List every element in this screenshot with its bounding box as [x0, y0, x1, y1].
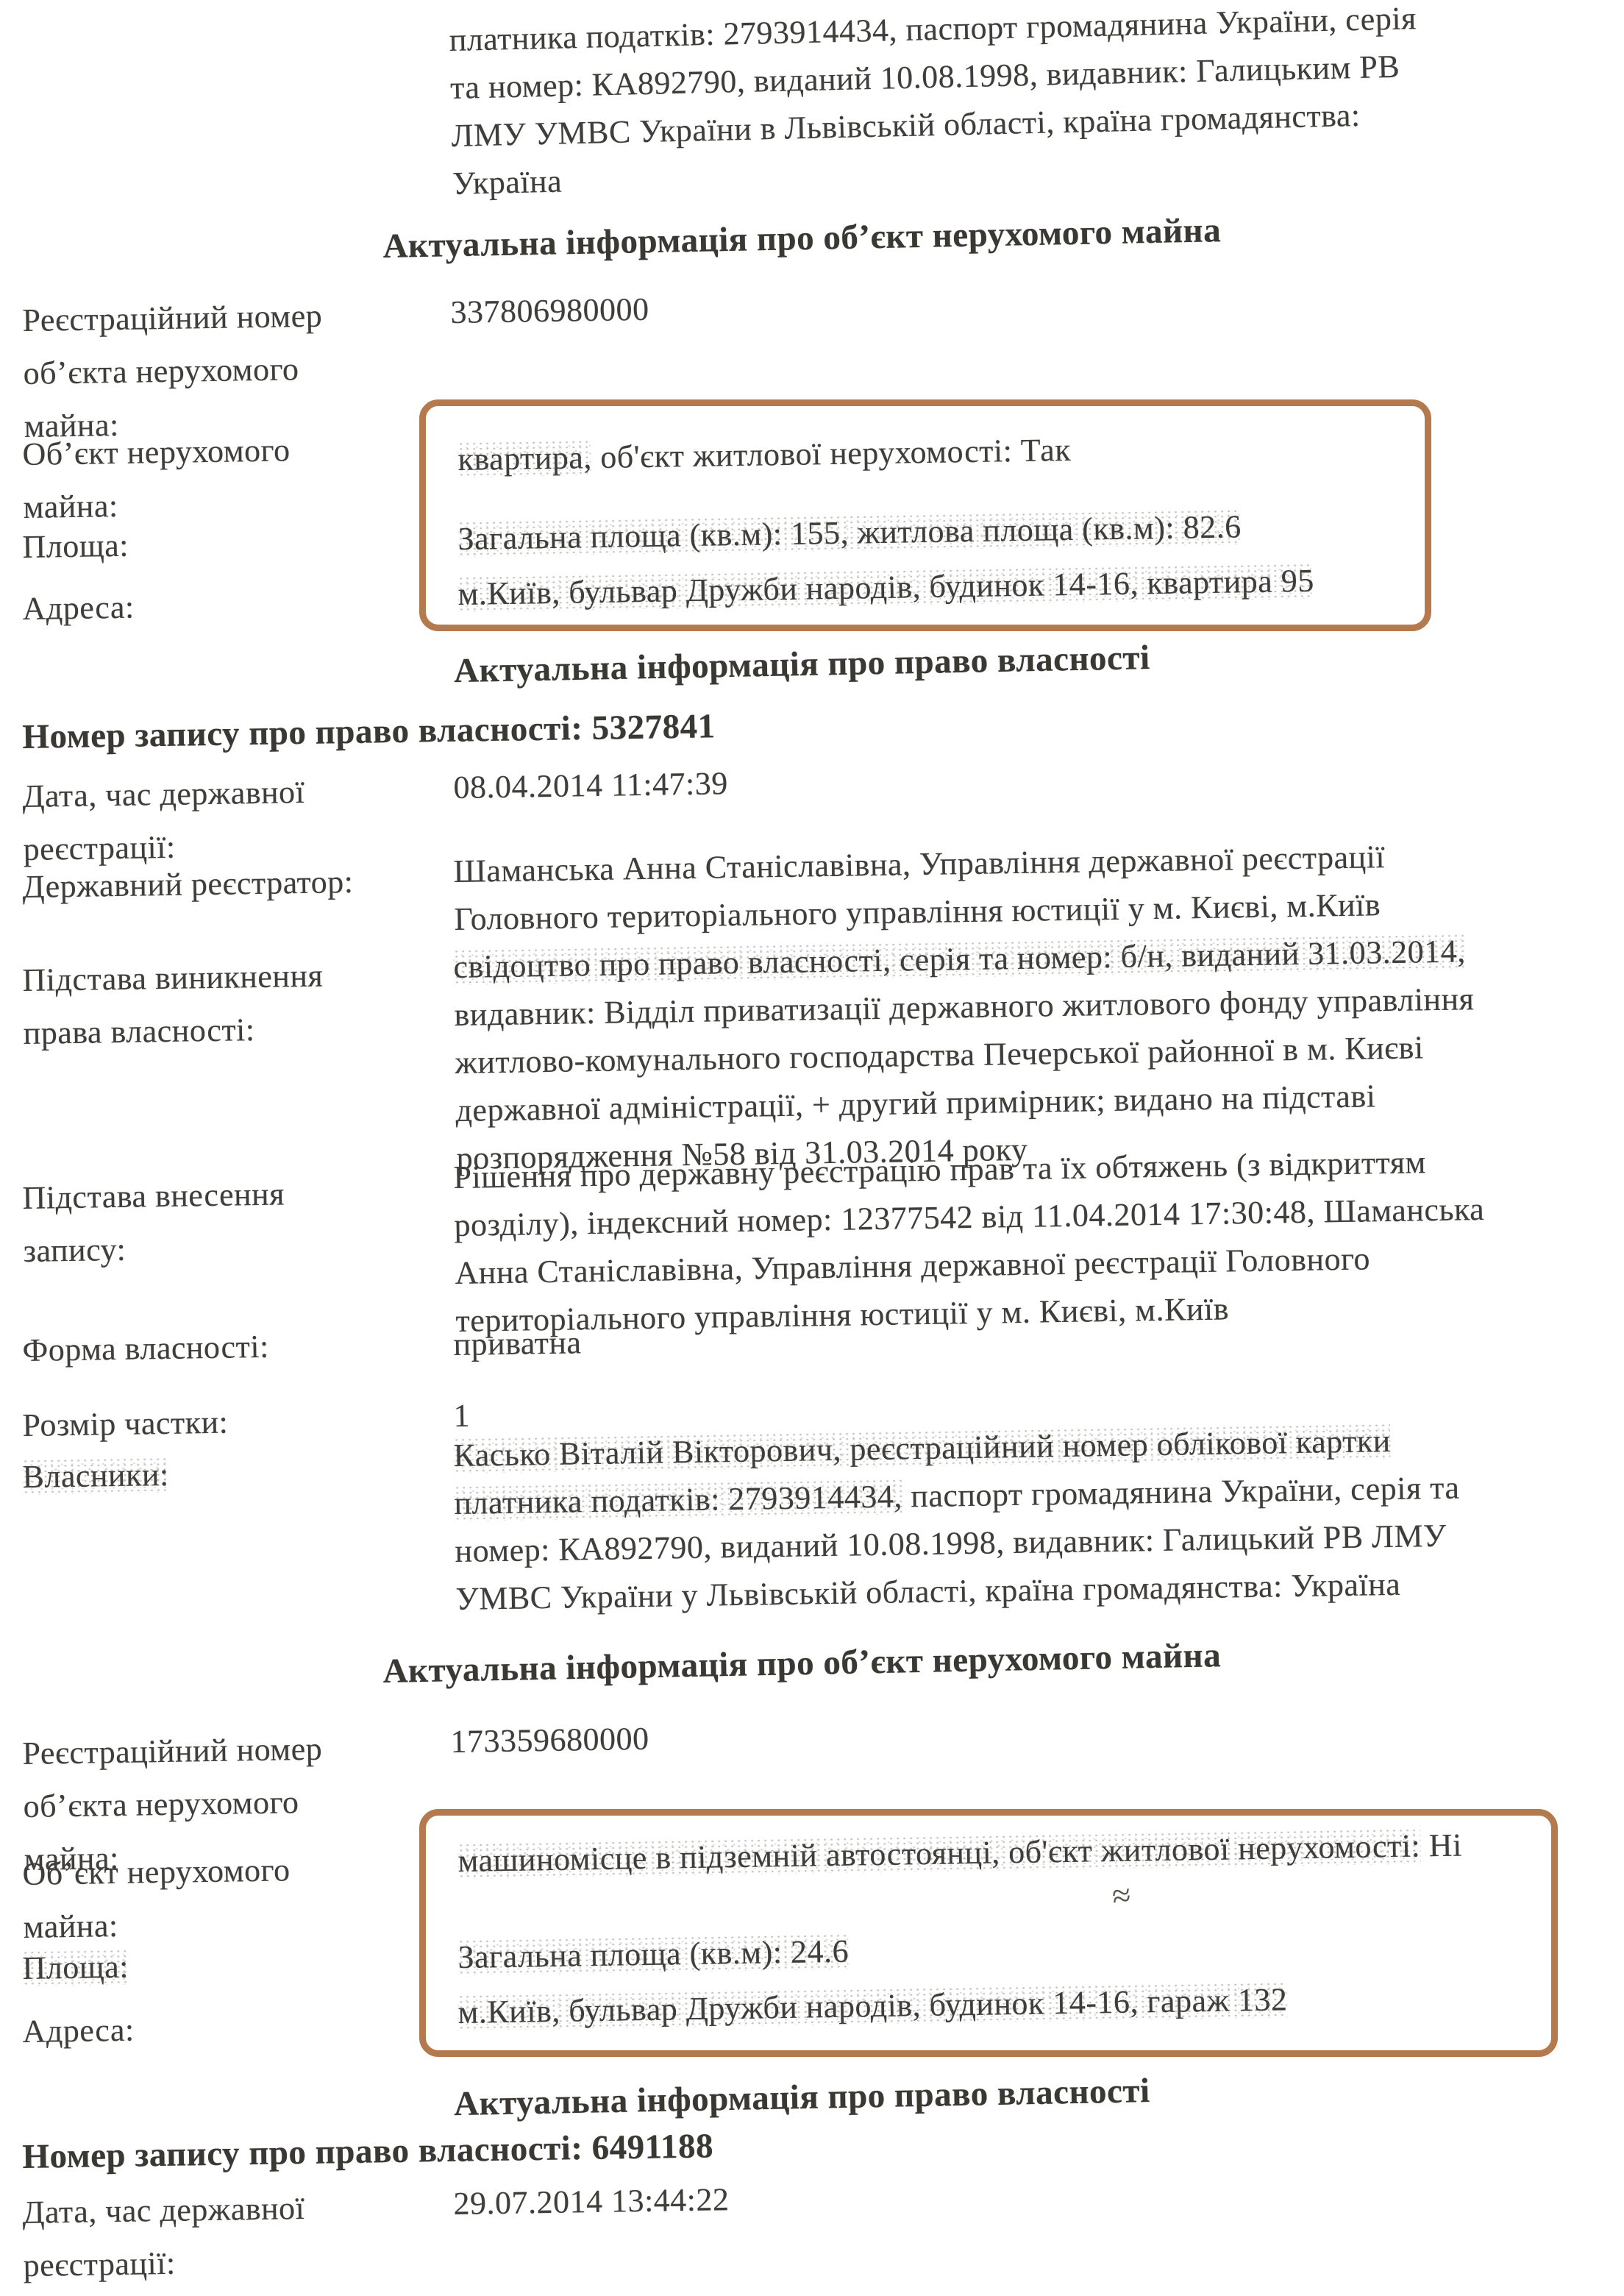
field-value-ownership-form: приватна [453, 1318, 582, 1368]
field-label-ownership-basis: Підстава виникнення права власності: [22, 948, 391, 1060]
field-label-address-2: Адреса: [22, 2000, 391, 2058]
plain-text: об'єкт житлової нерухомості: Так [591, 432, 1071, 475]
field-value-reg-number-2: 173359680000 [450, 1715, 649, 1766]
highlighted-text: м.Київ, бульвар Дружби народів, будинок … [457, 1981, 1288, 2030]
field-label-address-1: Адреса: [22, 577, 391, 636]
field-label-area-2: Площа: [22, 1936, 391, 1995]
field-label-reg-datetime-2: Дата, час державної реєстрації: [22, 2181, 391, 2292]
highlighted-text: свідоцтво про право власності, серія та … [453, 933, 1466, 985]
section-heading-property-2: Актуальна інформація про об’єкт нерухомо… [0, 1628, 1604, 1699]
highlighted-text: Власники: [22, 1457, 169, 1495]
field-label-owners: Власники: [22, 1445, 391, 1504]
field-value-reg-number-1: 337806980000 [450, 285, 649, 336]
highlighted-text: квартира, [457, 439, 592, 477]
scanned-document-page: { "meta": { "annotation_border_color": "… [0, 0, 1624, 2296]
section-heading-ownership-2: Актуальна інформація про право власності [0, 2062, 1604, 2133]
highlighted-text: м.Київ, бульвар Дружби народів, будинок … [457, 563, 1314, 612]
plain-text: Ні [1420, 1827, 1462, 1864]
scan-squiggle-artifact: ≈ [1110, 1875, 1133, 1916]
section-heading-ownership-1: Актуальна інформація про право власності [0, 629, 1604, 700]
field-value-reg-datetime-1: 08.04.2014 11:47:39 [453, 759, 728, 811]
field-value-owners: Касько Віталій Вікторович, реєстраційний… [453, 1415, 1515, 1623]
record-number-line-2: Номер запису про право власності: 649118… [22, 2126, 713, 2177]
field-label-area-1: Площа: [22, 515, 391, 574]
highlighted-text: Загальна площа (кв.м): 155, житлова площ… [457, 508, 1242, 557]
highlighted-text: Загальна площа (кв.м): 24.6 [457, 1933, 849, 1975]
field-label-ownership-form: Форма власності: [22, 1318, 391, 1377]
highlighted-text: Площа: [22, 1949, 129, 1986]
highlighted-text: машиномісце в підземній автостоянці, об'… [457, 1827, 1420, 1879]
owner-details-paragraph: платника податків: 2793914434, паспорт г… [449, 0, 1571, 207]
field-value-entry-basis: Рішення про державну реєстрацію прав та … [453, 1137, 1515, 1345]
section-heading-property-1: Актуальна інформація про об’єкт нерухомо… [0, 203, 1604, 274]
field-label-entry-basis: Підстава внесення запису: [22, 1166, 391, 1278]
field-value-reg-datetime-2: 29.07.2014 13:44:22 [453, 2175, 730, 2228]
field-value-registrar: Шаманська Анна Станіславівна, Управління… [453, 831, 1514, 943]
field-label-share-size: Розмір частки: [22, 1393, 391, 1452]
field-label-registrar: Державний реєстратор: [22, 855, 405, 914]
record-number-line-1: Номер запису про право власності: 532784… [22, 706, 716, 757]
